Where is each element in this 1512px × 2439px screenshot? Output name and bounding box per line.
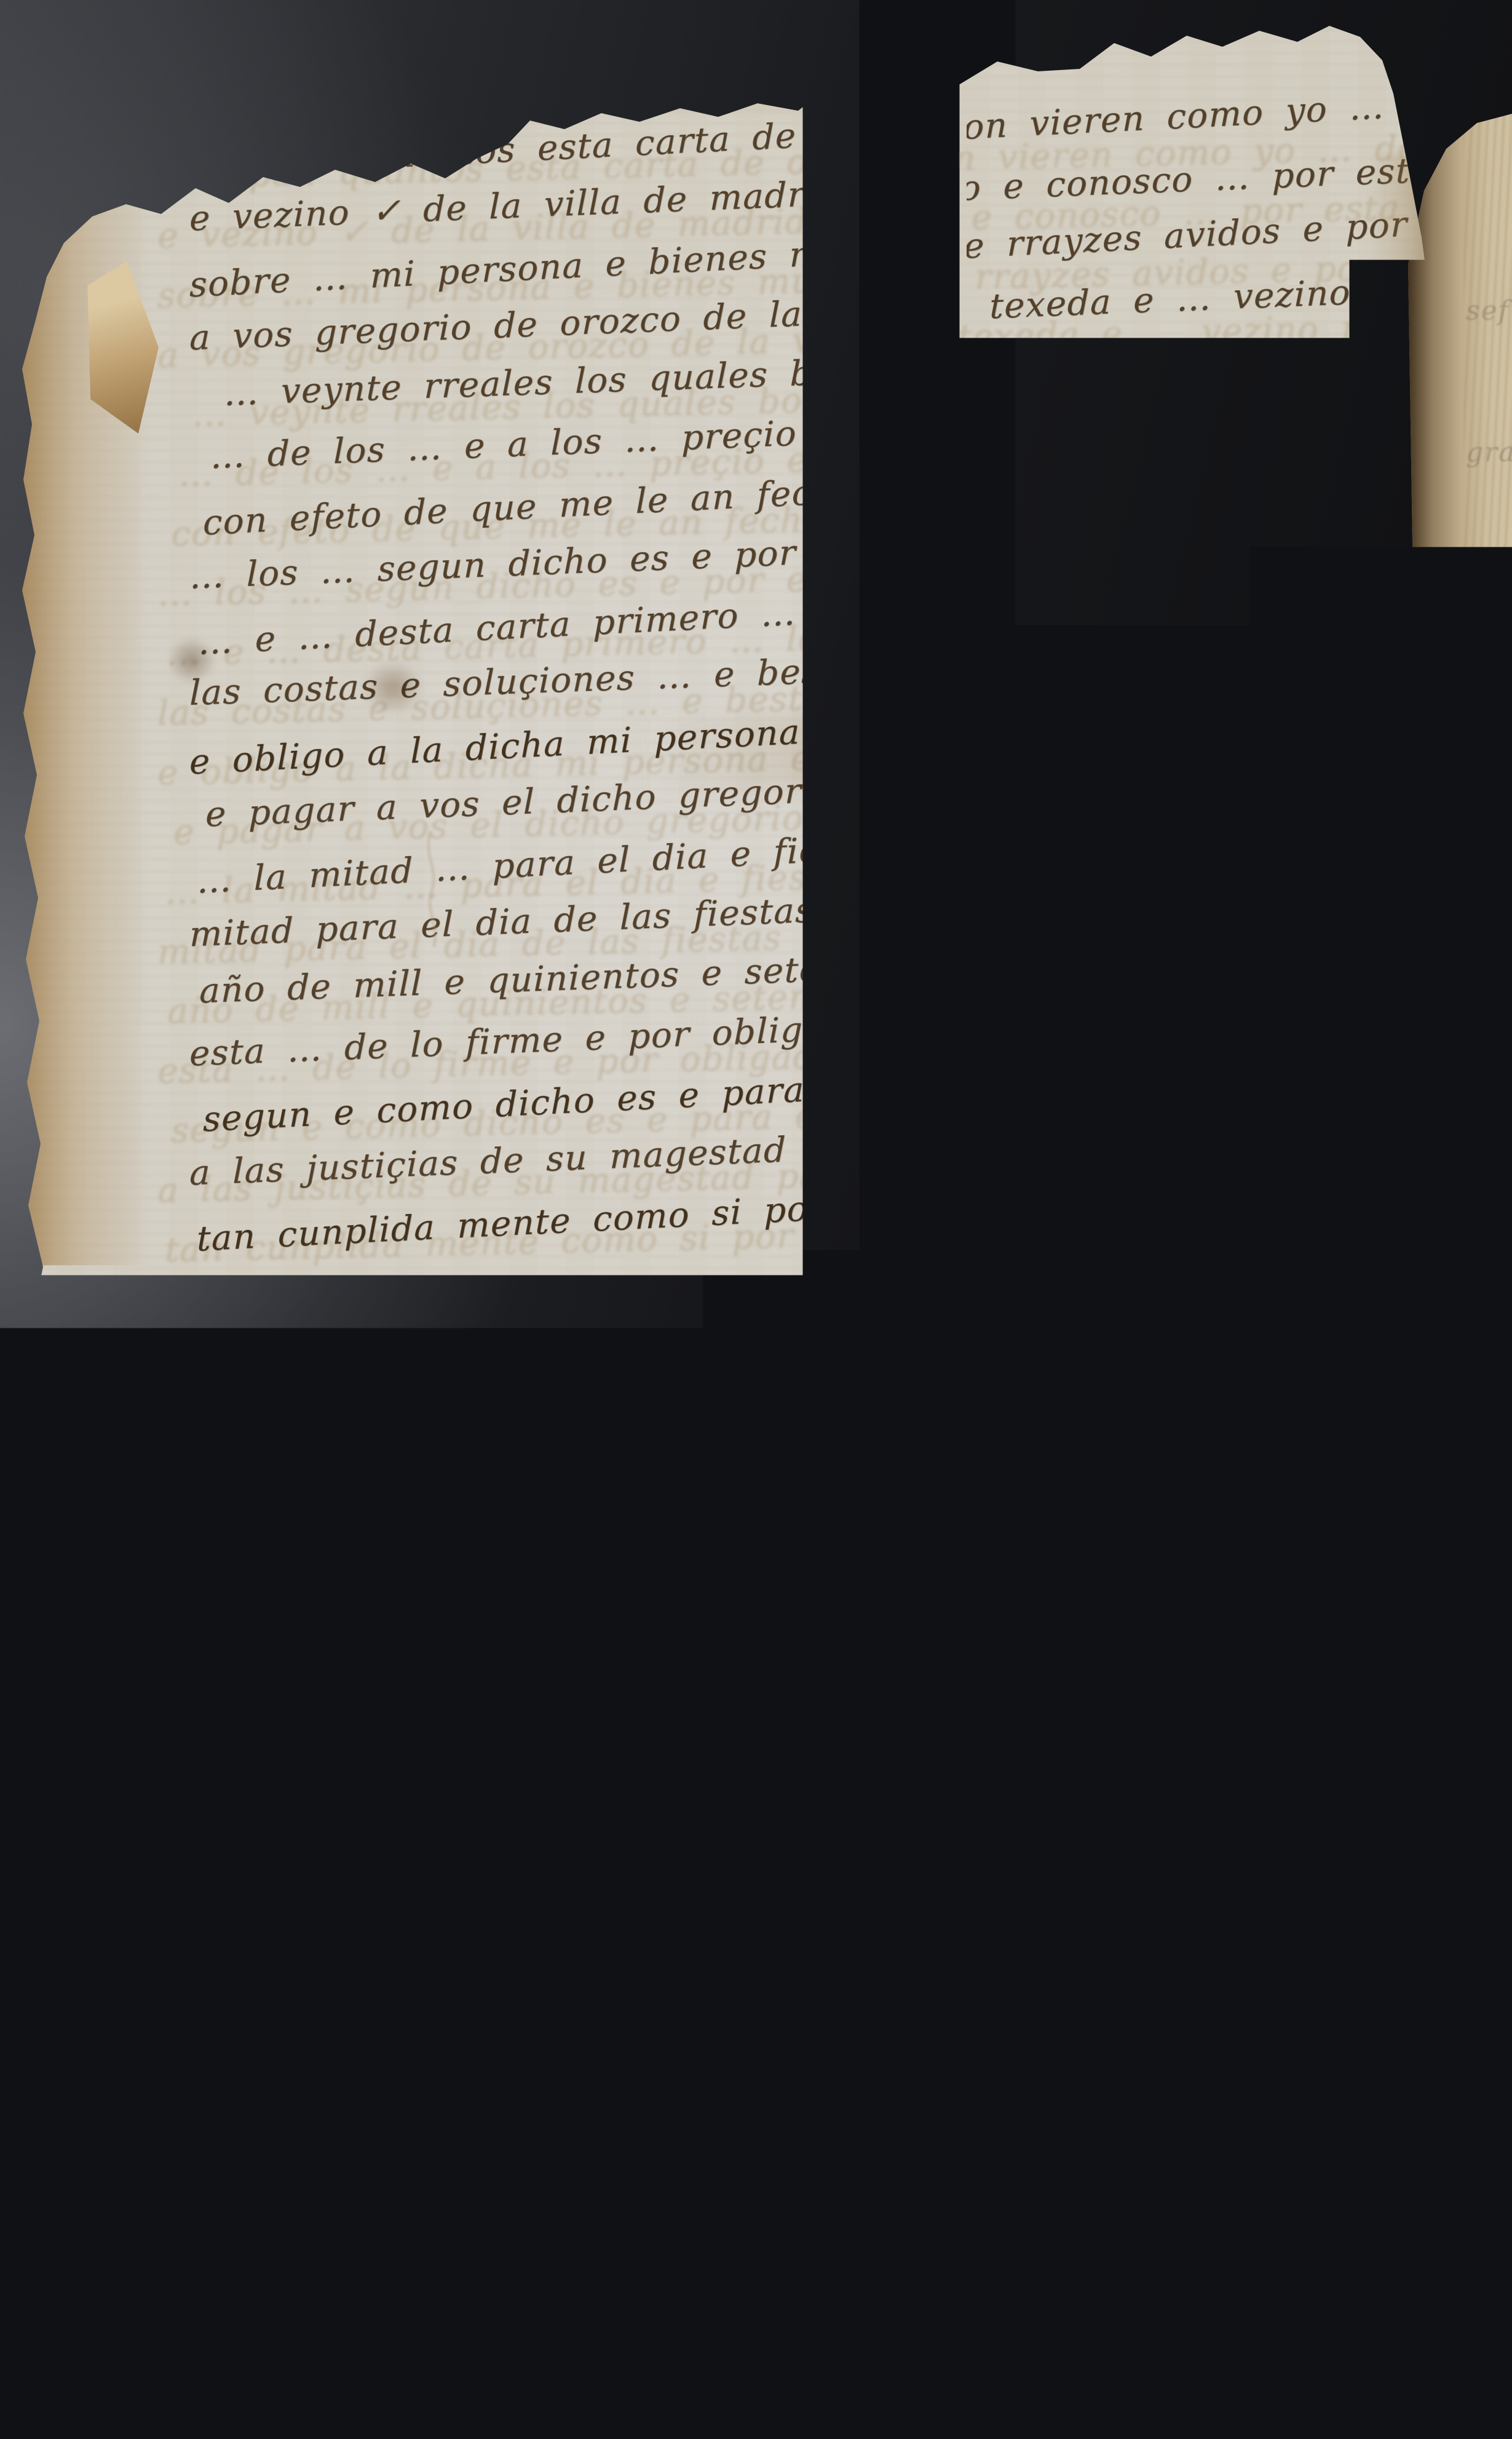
manuscript-photo: sefgrahefge be grq anlassentios sepan qu… (0, 0, 1512, 2439)
manuscript-page: sepan quantos esta carta de obligaçion v… (0, 0, 1512, 2439)
manuscript-text-block: sepan quantos esta carta de obligaçion v… (189, 86, 1456, 1992)
